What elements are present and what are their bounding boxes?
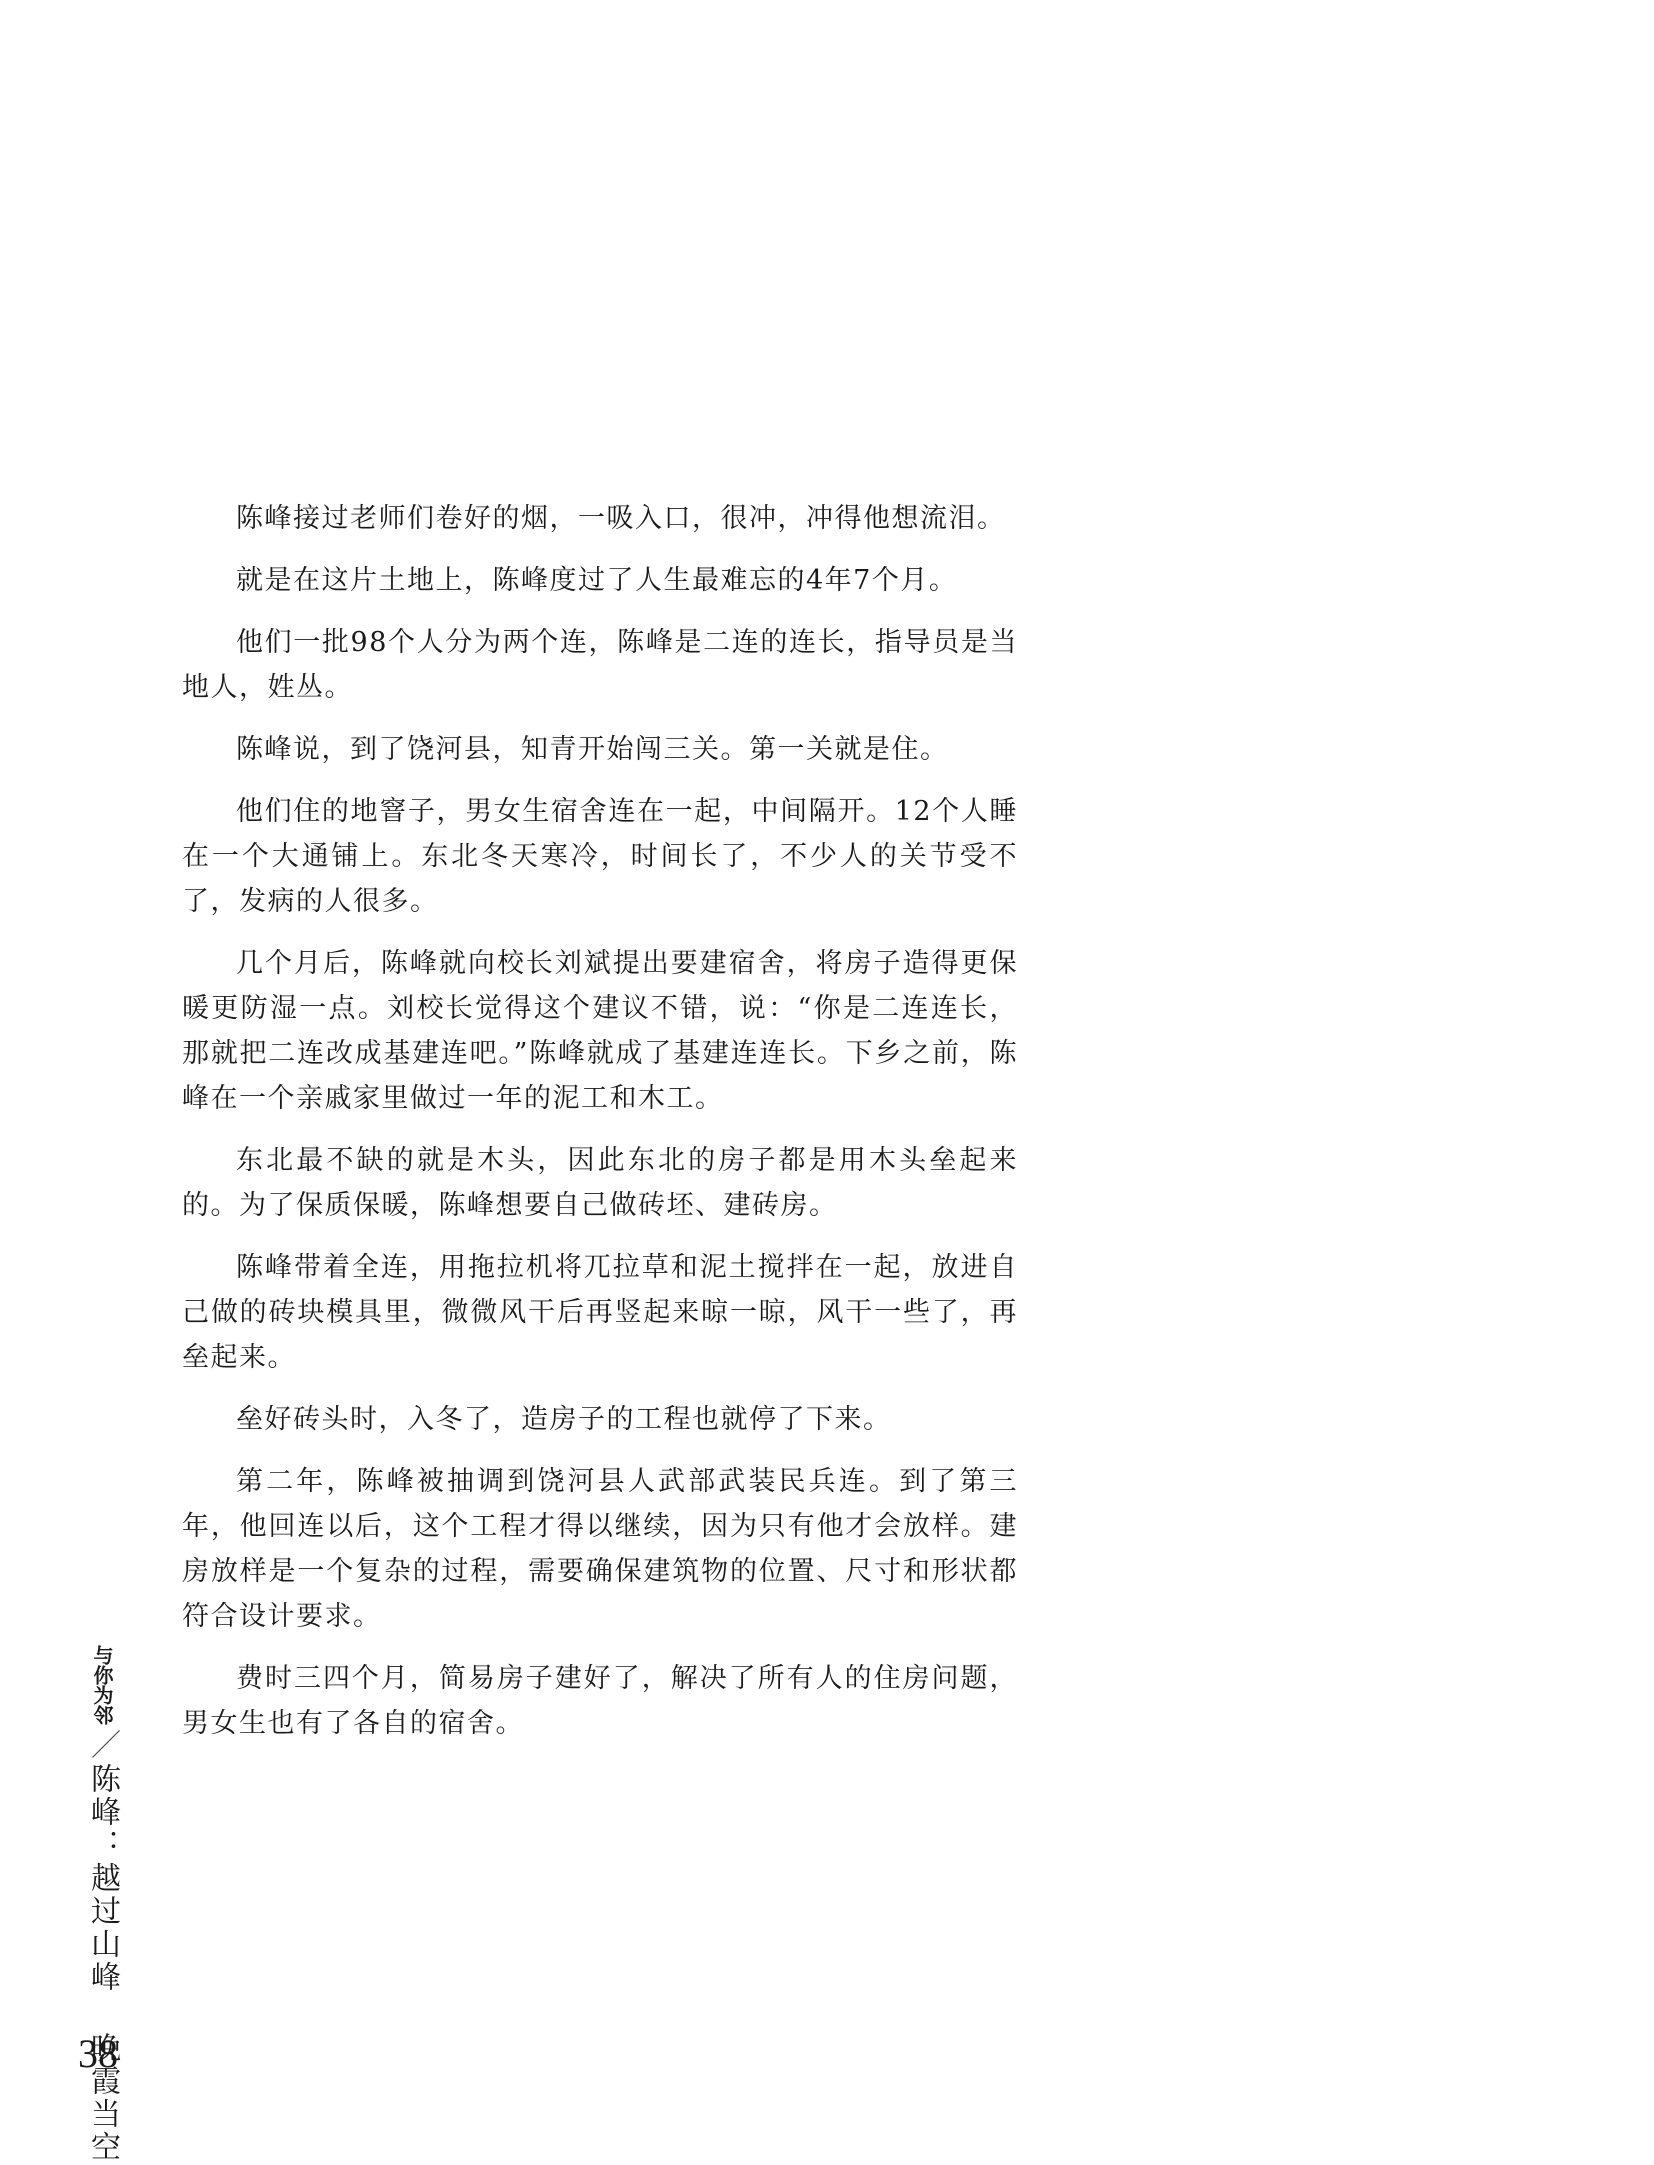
paragraph: 他们一批98个人分为两个连，陈峰是二连的连长，指导员是当地人，姓丛。 xyxy=(182,620,1018,710)
article-body: 陈峰接过老师们卷好的烟，一吸入口，很冲，冲得他想流泪。 就是在这片土地上，陈峰度… xyxy=(182,496,1018,1763)
paragraph: 就是在这片土地上，陈峰度过了人生最难忘的4年7个月。 xyxy=(182,558,1018,603)
paragraph: 几个月后，陈峰就向校长刘斌提出要建宿舍，将房子造得更保暖更防湿一点。刘校长觉得这… xyxy=(182,941,1018,1121)
page-number: 38 xyxy=(78,2030,118,2077)
paragraph: 费时三四个月，简易房子建好了，解决了所有人的住房问题，男女生也有了各自的宿舍。 xyxy=(182,1656,1018,1746)
running-header-vertical: 与你为邻 ／ 陈峰：越过山峰 晚霞当空 xyxy=(82,1645,122,2164)
paragraph: 陈峰带着全连，用拖拉机将兀拉草和泥土搅拌在一起，放进自己做的砖块模具里，微微风干… xyxy=(182,1245,1018,1380)
series-name: 与你为邻 xyxy=(82,1645,122,1725)
paragraph: 东北最不缺的就是木头，因此东北的房子都是用木头垒起来的。为了保质保暖，陈峰想要自… xyxy=(182,1138,1018,1228)
paragraph: 第二年，陈峰被抽调到饶河县人武部武装民兵连。到了第三年，他回连以后，这个工程才得… xyxy=(182,1459,1018,1639)
paragraph: 垒好砖头时，入冬了，造房子的工程也就停了下来。 xyxy=(182,1397,1018,1442)
paragraph: 他们住的地窨子，男女生宿舍连在一起，中间隔开。12个人睡在一个大通铺上。东北冬天… xyxy=(182,789,1018,924)
separator: ／ xyxy=(82,1729,122,1759)
article-headline: 陈峰：越过山峰 晚霞当空 xyxy=(82,1763,122,2164)
paragraph: 陈峰接过老师们卷好的烟，一吸入口，很冲，冲得他想流泪。 xyxy=(182,496,1018,541)
paragraph: 陈峰说，到了饶河县，知青开始闯三关。第一关就是住。 xyxy=(182,727,1018,772)
